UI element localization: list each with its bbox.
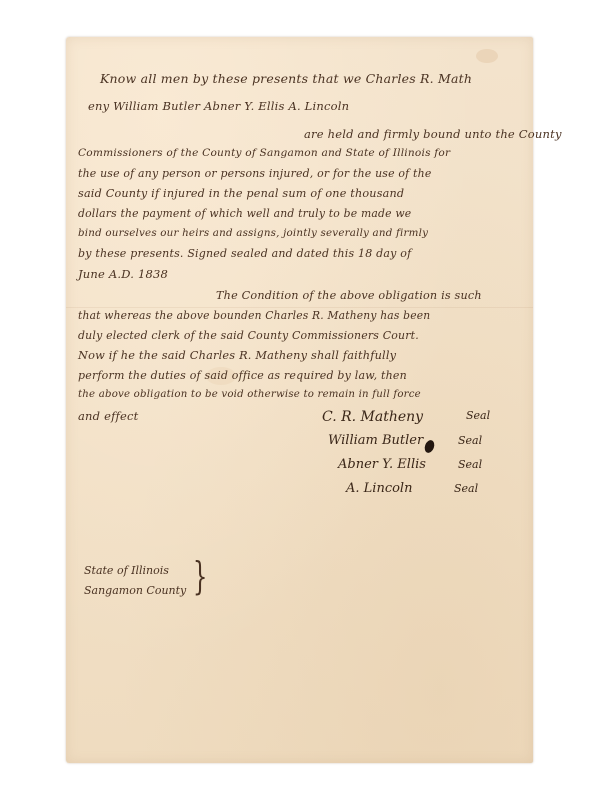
condition-line: perform the duties of said office as req… xyxy=(78,369,407,382)
condition-line: The Condition of the above obligation is… xyxy=(216,289,482,302)
venue-county: Sangamon County xyxy=(84,584,186,597)
condition-line: and effect xyxy=(78,409,138,423)
signature-lincoln: A. Lincoln xyxy=(346,481,412,496)
signature-matheny: C. R. Matheny xyxy=(322,409,423,425)
manuscript-page: Know all men by these presents that we C… xyxy=(66,37,533,763)
venue-brace: } xyxy=(193,557,208,595)
condition-line: Now if he the said Charles R. Matheny sh… xyxy=(78,349,396,362)
seal-mark: Seal xyxy=(458,458,482,471)
signature-butler: William Butler xyxy=(328,433,423,448)
seal-mark: Seal xyxy=(466,409,490,422)
seal-mark: Seal xyxy=(458,434,482,447)
bond-condition: The Condition of the above obligation is… xyxy=(66,37,533,497)
venue-state: State of Illinois xyxy=(84,564,169,577)
signature-ellis: Abner Y. Ellis xyxy=(338,457,426,472)
seal-mark: Seal xyxy=(454,482,478,495)
condition-line: that whereas the above bounden Charles R… xyxy=(78,309,430,322)
condition-line: duly elected clerk of the said County Co… xyxy=(78,329,419,342)
condition-line: the above obligation to be void otherwis… xyxy=(78,389,421,400)
